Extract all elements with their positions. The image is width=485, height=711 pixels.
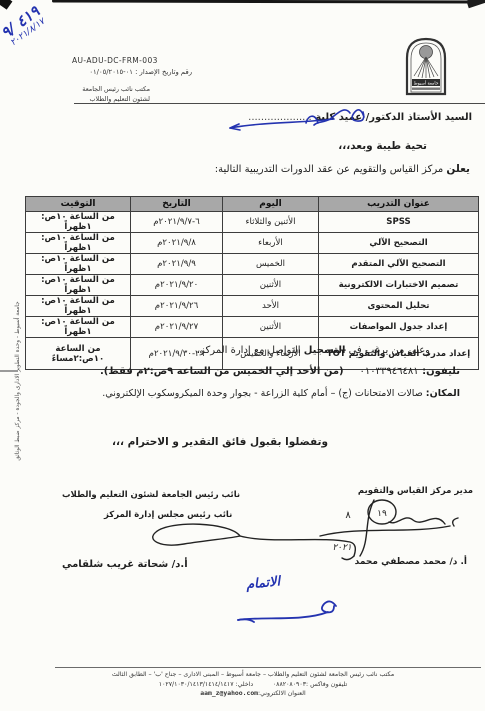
table-row: التصحيح الآلي المتقدم الخميس ٢٠٢١/٩/٩م م… — [26, 254, 479, 275]
cell-date: ٢٠٢١/٩/٢٦م — [131, 296, 223, 317]
table-row: SPSS الأثنين والثلاثاء ٦-٢٠٢١/٩/٧م من ال… — [26, 212, 479, 233]
cell-training-title: SPSS — [319, 212, 479, 233]
cell-time: من الساعة ١٠ص: ١ظهراً — [26, 296, 131, 317]
cell-date: ٦-٢٠٢١/٩/٧م — [131, 212, 223, 233]
footer-phone-fax: تليفون وفاكس :٠٨٨٢٠٨٠٩٠٣ — [273, 681, 347, 688]
signature-left-scribble — [140, 518, 362, 564]
phone-label: تليفون: — [419, 366, 460, 377]
table-header-row: عنوان التدريب اليوم التاريخ التوقيت — [26, 197, 479, 212]
col-header-date: التاريخ — [131, 197, 223, 212]
scanned-letter: ٤١٩ /٩ ٢٠٢١/٨/١٧ جامعة أسيوط AU-ADU-DC-F… — [0, 0, 485, 711]
cell-day: الأربعاء — [223, 233, 319, 254]
footer-email-label: العنوان الالكتروني: — [258, 690, 306, 697]
closing-courtesy-line: وتفضلوا بقبول فائق التقدير و الاحترام ،،… — [112, 436, 328, 448]
signature-left-title1: نائب رئيس الجامعة لشئون التعليم والطلاب — [62, 490, 240, 500]
cell-time: من الساعة ١٠ص: ١ظهراً — [26, 233, 131, 254]
cell-training-title: تصميم الاختبارات الالكترونية — [319, 275, 479, 296]
scan-artifact-top-line — [52, 0, 476, 3]
handwritten-sign-day: ١٩ — [377, 509, 387, 519]
location-line: المكان: صالات الامتحانات (ج) – أمام كلية… — [102, 388, 460, 399]
registration-keyword: التسجيل — [304, 345, 346, 356]
cell-training-title: تحليل المحتوى — [319, 296, 479, 317]
svg-text:جامعة أسيوط: جامعة أسيوط — [414, 79, 439, 86]
cell-date: ٢٠٢١/٩/٢٧م — [131, 317, 223, 338]
side-vertical-text: جامعة أسيوط - وحدة التطوير الادارى والجو… — [15, 245, 21, 517]
cell-date: ٢٠٢١/٩/٨م — [131, 233, 223, 254]
footer-email-line: العنوان الالكتروني:aam_z@yahoo.com — [48, 689, 458, 699]
col-header-training-title: عنوان التدريب — [319, 197, 479, 212]
cell-date: ٢٠٢١/٩/٩م — [131, 254, 223, 275]
registration-line: وعلى من يرغب في التسجيل التواصل مع إدارة… — [197, 345, 430, 356]
cell-time: من الساعة ١٠ص:٢مساءً — [26, 338, 131, 370]
cell-training-title: التصحيح الآلي المتقدم — [319, 254, 479, 275]
phone-number: ٠١٠٣٣٩٤٦٤٨١ — [360, 366, 419, 377]
registration-pre: وعلى من يرغب في — [345, 345, 430, 356]
announcement-line: يعلن مركز القياس والتقويم عن عقد الدورات… — [215, 163, 470, 175]
cell-date: ٢٠٢١/٩/٢٠م — [131, 275, 223, 296]
footer-internal-lines: داخلي: ١٠٢٧/١٠٣٠/١٤١٣/١٤١٤/١٤١٧ — [159, 681, 253, 688]
footer-phones: تليفون وفاكس :٠٨٨٢٠٨٠٩٠٣ داخلي: ١٠٢٧/١٠٣… — [48, 680, 458, 690]
form-code: AU-ADU-DC-FRM-003 — [72, 56, 158, 65]
location-text: صالات الامتحانات (ج) – أمام كلية الزراعة… — [102, 388, 426, 399]
handwritten-faculty-name — [222, 101, 374, 135]
announcement-rest: مركز القياس والتقويم عن عقد الدورات التد… — [215, 164, 447, 175]
footer-address: مكتب نائب رئيس الجامعة لشئون التعليم وال… — [48, 670, 458, 680]
footer-email-address: aam_z@yahoo.com — [200, 689, 258, 697]
cell-day: الأثنين والثلاثاء — [223, 212, 319, 233]
cell-day: الخميس — [223, 254, 319, 275]
training-schedule-table: عنوان التدريب اليوم التاريخ التوقيت SPSS… — [25, 196, 479, 370]
cell-day: الأثنين — [223, 317, 319, 338]
scan-artifact-top-right — [466, 0, 485, 8]
cell-day: الأثنين — [223, 275, 319, 296]
handwritten-blue-word: الاتمام — [245, 574, 281, 592]
col-header-day: اليوم — [223, 197, 319, 212]
phone-hours-note: (من الأحد إلي الخميس من الساعة ٩ص:٢م فقط… — [100, 366, 344, 377]
scan-artifact-top-left — [0, 0, 12, 10]
col-header-time: التوقيت — [26, 197, 131, 212]
university-seal-icon: جامعة أسيوط — [404, 36, 448, 96]
signature-right-title: مدير مركز القياس والتقويم — [358, 486, 473, 496]
registration-post: التواصل مع إدارة المركز. — [197, 345, 304, 356]
greeting-line: تحية طيبة وبعد،،، — [338, 140, 427, 152]
footer-divider — [55, 667, 481, 668]
table-row: تصميم الاختبارات الالكترونية الأثنين ٢٠٢… — [26, 275, 479, 296]
cell-time: من الساعة ١٠ص: ١ظهراً — [26, 317, 131, 338]
table-row: إعداد جدول المواصفات الأثنين ٢٠٢١/٩/٢٧م … — [26, 317, 479, 338]
table-row: التصحيح الآلي الأربعاء ٢٠٢١/٩/٨م من السا… — [26, 233, 479, 254]
office-block: مكتب نائب رئيس الجامعة لشئون التعليم وال… — [76, 85, 150, 105]
footer-block: مكتب نائب رئيس الجامعة لشئون التعليم وال… — [48, 670, 458, 699]
location-label: المكان: — [426, 388, 460, 399]
handwritten-blue-signature — [232, 596, 347, 628]
issue-number-date: رقم وتاريخ الإصدار : ٠١-٠١/٠٥/٢٠١٥ — [56, 68, 192, 76]
signature-right-name: أ. د/ محمد مصطفي محمد — [355, 557, 467, 567]
cell-day: الأحد — [223, 296, 319, 317]
phone-line: تليفون: ٠١٠٣٣٩٤٦٤٨١ (من الأحد إلي الخميس… — [100, 366, 460, 377]
signature-left-name: أ.د/ شحاتة غريب شلقامي — [62, 559, 188, 570]
cell-training-title: التصحيح الآلي — [319, 233, 479, 254]
cell-time: من الساعة ١٠ص: ١ظهراً — [26, 254, 131, 275]
announcement-lead: يعلن — [446, 163, 470, 175]
cell-time: من الساعة ١٠ص: ١ظهراً — [26, 212, 131, 233]
cell-time: من الساعة ١٠ص: ١ظهراً — [26, 275, 131, 296]
table-row: تحليل المحتوى الأحد ٢٠٢١/٩/٢٦م من الساعة… — [26, 296, 479, 317]
office-line1: مكتب نائب رئيس الجامعة — [76, 85, 150, 95]
cell-training-title: إعداد جدول المواصفات — [319, 317, 479, 338]
handwritten-ref-note: ٤١٩ /٩ ٢٠٢١/٨/١٧ — [0, 4, 48, 50]
